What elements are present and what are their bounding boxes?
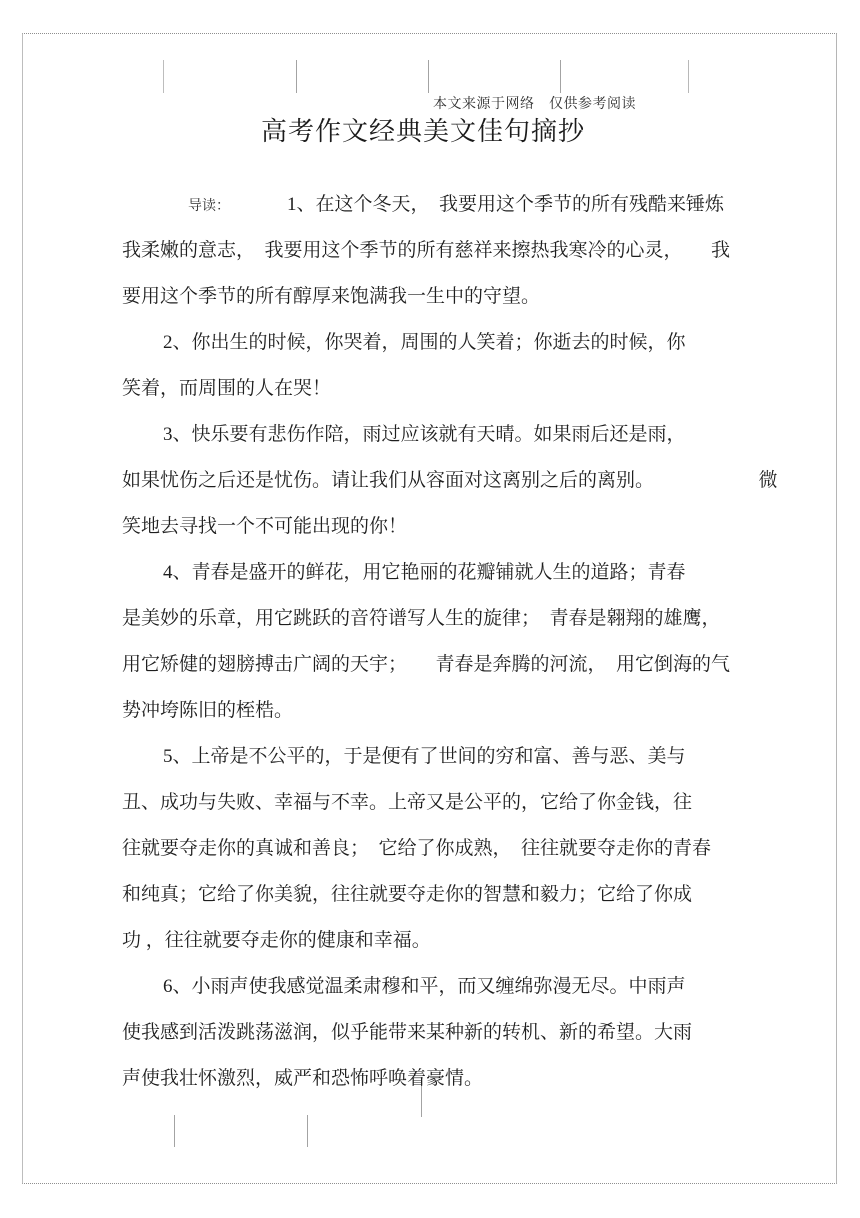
lead-label: 导读： (188, 199, 230, 214)
table-grid-mark (174, 1115, 175, 1147)
table-grid-mark (428, 60, 429, 93)
paragraph-5-line-2: 丑、成功与失败、幸福与不幸。上帝又是公平的，它给了你金钱，往 (122, 780, 762, 826)
paragraph-3-line-1: 3、快乐要有悲伤作陪，雨过应该就有天晴。如果雨后还是雨， (122, 412, 762, 458)
table-grid-mark (560, 60, 561, 93)
source-note: 本文来源于网络 仅供参考阅读 (433, 93, 636, 113)
paragraph-5-line-3: 往就要夺走你的真诚和善良； 它给了你成熟， 往往就要夺走你的青春 (122, 826, 762, 872)
paragraph-5-line-1: 5、上帝是不公平的，于是便有了世间的穷和富、善与恶、美与 (122, 734, 762, 780)
paragraph-2-line-1: 2、你出生的时候，你哭着，周围的人笑着；你逝去的时候，你 (122, 320, 762, 366)
document-title: 高考作文经典美文佳句摘抄 (0, 111, 846, 148)
paragraph-2-line-2: 笑着，而周围的人在哭！ (122, 366, 762, 412)
paragraph-4-line-3: 用它矫健的翅膀搏击广阔的天宇； 青春是奔腾的河流， 用它倒海的气 (122, 642, 762, 688)
paragraph-3-line-3: 笑地去寻找一个不可能出现的你！ (122, 504, 762, 550)
paragraph-3-line-2: 如果忧伤之后还是忧伤。请让我们从容面对这离别之后的离别。 微 (122, 458, 762, 504)
paragraph-1-line-1: 导读：1、在这个冬天， 我要用这个季节的所有残酷来锤炼 (122, 182, 762, 228)
paragraph-1-line-2: 我柔嫩的意志， 我要用这个季节的所有慈祥来擦热我寒冷的心灵， 我 (122, 228, 762, 274)
paragraph-5-line-5: 功 ，往往就要夺走你的健康和幸福。 (122, 918, 762, 964)
paragraph-4-line-2: 是美妙的乐章，用它跳跃的音符谱写人生的旋律； 青春是翱翔的雄鹰， (122, 596, 762, 642)
paragraph-1-line-3: 要用这个季节的所有醇厚来饱满我一生中的守望。 (122, 274, 762, 320)
document-body: 导读：1、在这个冬天， 我要用这个季节的所有残酷来锤炼 我柔嫩的意志， 我要用这… (122, 182, 762, 1102)
paragraph-text: 1、在这个冬天， 我要用这个季节的所有残酷来锤炼 (287, 194, 724, 215)
paragraph-4-line-1: 4、青春是盛开的鲜花，用它艳丽的花瓣铺就人生的道路；青春 (122, 550, 762, 596)
table-grid-mark (163, 60, 164, 93)
paragraph-6-line-2: 使我感到活泼跳荡滋润，似乎能带来某种新的转机、新的希望。大雨 (122, 1010, 762, 1056)
table-grid-mark (688, 60, 689, 93)
paragraph-6-line-1: 6、小雨声使我感觉温柔肃穆和平，而又缠绵弥漫无尽。中雨声 (122, 964, 762, 1010)
paragraph-4-line-4: 势冲垮陈旧的桎梏。 (122, 688, 762, 734)
table-grid-mark (296, 60, 297, 93)
table-grid-mark (307, 1115, 308, 1147)
paragraph-5-line-4: 和纯真；它给了你美貌，往往就要夺走你的智慧和毅力；它给了你成 (122, 872, 762, 918)
paragraph-6-line-3: 声使我壮怀激烈，威严和恐怖呼唤着豪情。 (122, 1056, 762, 1102)
